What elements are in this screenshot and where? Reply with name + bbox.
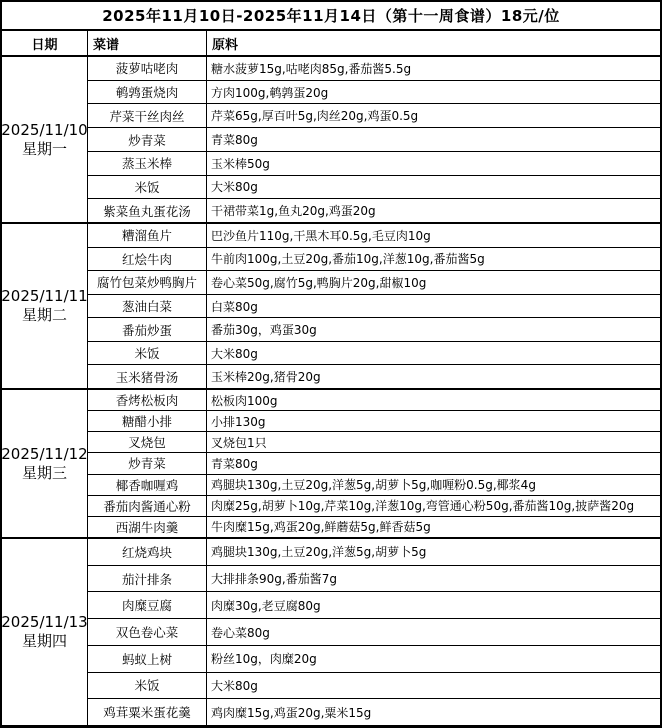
dish-name-cell: 糖醋小排 xyxy=(88,411,207,431)
dish-name-cell: 腐竹包菜炒鸭胸片 xyxy=(88,271,207,294)
table-row: 米饭 大米80g xyxy=(88,176,660,200)
weekday-value: 星期三 xyxy=(22,464,67,483)
dish-name-cell: 叉烧包 xyxy=(88,432,207,452)
column-header-date: 日期 xyxy=(2,31,88,55)
dish-ingredients-cell: 小排130g xyxy=(207,411,660,431)
date-cell: 2025/11/11 星期二 xyxy=(2,224,88,388)
dish-name-cell: 玉米猪骨汤 xyxy=(88,365,207,388)
table-row: 玉米猪骨汤 玉米棒20g,猪骨20g xyxy=(88,365,660,388)
date-value: 2025/11/13 xyxy=(1,613,87,632)
dish-ingredients-cell: 牛前肉100g,土豆20g,番茄10g,洋葱10g,番茄酱5g xyxy=(207,248,660,271)
dish-name-cell: 香烤松板肉 xyxy=(88,390,207,410)
table-row: 米饭 大米80g xyxy=(88,673,660,700)
dish-ingredients-cell: 青菜80g xyxy=(207,453,660,473)
weekly-menu-sheet: 2025年11月10日-2025年11月14日（第十一周食谱）18元/位 日期 … xyxy=(0,0,662,728)
dish-name-cell: 炒青菜 xyxy=(88,128,207,151)
table-row: 炒青菜 青菜80g xyxy=(88,453,660,474)
dish-ingredients-cell: 白菜80g xyxy=(207,295,660,318)
weekday-value: 星期四 xyxy=(22,632,67,651)
dish-name-cell: 炒青菜 xyxy=(88,453,207,473)
table-row: 米饭 大米80g xyxy=(88,342,660,366)
dish-ingredients-cell: 大米80g xyxy=(207,673,660,699)
dish-ingredients-cell: 卷心菜50g,腐竹5g,鸭胸片20g,甜椒10g xyxy=(207,271,660,294)
dish-ingredients-cell: 肉糜30g,老豆腐80g xyxy=(207,592,660,618)
dish-name-cell: 菠萝咕咾肉 xyxy=(88,57,207,80)
table-row: 椰香咖喱鸡 鸡腿块130g,土豆20g,洋葱5g,胡萝卜5g,咖喱粉0.5g,椰… xyxy=(88,475,660,496)
table-row: 芹菜干丝肉丝 芹菜65g,厚百叶5g,肉丝20g,鸡蛋0.5g xyxy=(88,104,660,128)
dish-ingredients-cell: 方肉100g,鹌鹑蛋20g xyxy=(207,81,660,104)
table-row: 糟溜鱼片 巴沙鱼片110g,干黑木耳0.5g,毛豆肉10g xyxy=(88,224,660,248)
column-header-menu: 菜谱 xyxy=(88,31,207,55)
dish-ingredients-cell: 巴沙鱼片110g,干黑木耳0.5g,毛豆肉10g xyxy=(207,224,660,247)
dish-name-cell: 蚂蚁上树 xyxy=(88,646,207,672)
table-row: 炒青菜 青菜80g xyxy=(88,128,660,152)
day-rows: 菠萝咕咾肉 糖水菠萝15g,咕咾肉85g,番茄酱5.5g 鹌鹑蛋烧肉 方肉100… xyxy=(88,57,660,222)
table-row: 腐竹包菜炒鸭胸片 卷心菜50g,腐竹5g,鸭胸片20g,甜椒10g xyxy=(88,271,660,295)
dish-ingredients-cell: 大米80g xyxy=(207,176,660,199)
day-group: 2025/11/12 星期三 香烤松板肉 松板肉100g 糖醋小排 小排130g… xyxy=(2,390,660,539)
weekday-value: 星期二 xyxy=(22,306,67,325)
day-group: 2025/11/13 星期四 红烧鸡块 鸡腿块130g,土豆20g,洋葱5g,胡… xyxy=(2,539,660,725)
dish-name-cell: 葱油白菜 xyxy=(88,295,207,318)
dish-name-cell: 肉糜豆腐 xyxy=(88,592,207,618)
table-row: 蚂蚁上树 粉丝10g，肉糜20g xyxy=(88,646,660,673)
dish-ingredients-cell: 大米80g xyxy=(207,342,660,365)
day-group: 2025/11/10 星期一 菠萝咕咾肉 糖水菠萝15g,咕咾肉85g,番茄酱5… xyxy=(2,57,660,224)
table-row: 糖醋小排 小排130g xyxy=(88,411,660,432)
dish-ingredients-cell: 肉糜25g,胡萝卜10g,芹菜10g,洋葱10g,弯管通心粉50g,番茄酱10g… xyxy=(207,496,660,516)
dish-name-cell: 紫菜鱼丸蛋花汤 xyxy=(88,199,207,222)
title-row: 2025年11月10日-2025年11月14日（第十一周食谱）18元/位 xyxy=(2,2,660,31)
dish-ingredients-cell: 鸡腿块130g,土豆20g,洋葱5g,胡萝卜5g,咖喱粉0.5g,椰浆4g xyxy=(207,475,660,495)
dish-name-cell: 椰香咖喱鸡 xyxy=(88,475,207,495)
table-row: 双色卷心菜 卷心菜80g xyxy=(88,619,660,646)
dish-ingredients-cell: 牛肉糜15g,鸡蛋20g,鲜蘑菇5g,鲜香菇5g xyxy=(207,517,660,537)
dish-ingredients-cell: 番茄30g，鸡蛋30g xyxy=(207,318,660,341)
dish-name-cell: 鹌鹑蛋烧肉 xyxy=(88,81,207,104)
dish-name-cell: 红烩牛肉 xyxy=(88,248,207,271)
table-body: 2025/11/10 星期一 菠萝咕咾肉 糖水菠萝15g,咕咾肉85g,番茄酱5… xyxy=(2,57,660,725)
dish-ingredients-cell: 松板肉100g xyxy=(207,390,660,410)
dish-name-cell: 米饭 xyxy=(88,342,207,365)
weekday-value: 星期一 xyxy=(22,140,67,159)
table-row: 蒸玉米棒 玉米棒50g xyxy=(88,152,660,176)
dish-name-cell: 鸡茸粟米蛋花羹 xyxy=(88,699,207,725)
sheet-title: 2025年11月10日-2025年11月14日（第十一周食谱）18元/位 xyxy=(102,5,560,26)
dish-ingredients-cell: 鸡肉糜15g,鸡蛋20g,粟米15g xyxy=(207,699,660,725)
dish-name-cell: 蒸玉米棒 xyxy=(88,152,207,175)
date-cell: 2025/11/10 星期一 xyxy=(2,57,88,222)
dish-ingredients-cell: 芹菜65g,厚百叶5g,肉丝20g,鸡蛋0.5g xyxy=(207,104,660,127)
dish-ingredients-cell: 鸡腿块130g,土豆20g,洋葱5g,胡萝卜5g xyxy=(207,539,660,565)
dish-name-cell: 红烧鸡块 xyxy=(88,539,207,565)
date-cell: 2025/11/12 星期三 xyxy=(2,390,88,537)
dish-name-cell: 芹菜干丝肉丝 xyxy=(88,104,207,127)
dish-ingredients-cell: 玉米棒20g,猪骨20g xyxy=(207,365,660,388)
dish-name-cell: 茄汁排条 xyxy=(88,566,207,592)
table-row: 番茄肉酱通心粉 肉糜25g,胡萝卜10g,芹菜10g,洋葱10g,弯管通心粉50… xyxy=(88,496,660,517)
dish-ingredients-cell: 玉米棒50g xyxy=(207,152,660,175)
dish-ingredients-cell: 大排排条90g,番茄酱7g xyxy=(207,566,660,592)
dish-name-cell: 西湖牛肉羹 xyxy=(88,517,207,537)
table-row: 红烩牛肉 牛前肉100g,土豆20g,番茄10g,洋葱10g,番茄酱5g xyxy=(88,248,660,272)
dish-name-cell: 番茄炒蛋 xyxy=(88,318,207,341)
table-row: 紫菜鱼丸蛋花汤 干裙带菜1g,鱼丸20g,鸡蛋20g xyxy=(88,199,660,222)
day-group: 2025/11/11 星期二 糟溜鱼片 巴沙鱼片110g,干黑木耳0.5g,毛豆… xyxy=(2,224,660,390)
table-row: 番茄炒蛋 番茄30g，鸡蛋30g xyxy=(88,318,660,342)
day-rows: 糟溜鱼片 巴沙鱼片110g,干黑木耳0.5g,毛豆肉10g 红烩牛肉 牛前肉10… xyxy=(88,224,660,388)
table-row: 叉烧包 叉烧包1只 xyxy=(88,432,660,453)
table-row: 肉糜豆腐 肉糜30g,老豆腐80g xyxy=(88,592,660,619)
dish-name-cell: 双色卷心菜 xyxy=(88,619,207,645)
dish-ingredients-cell: 粉丝10g，肉糜20g xyxy=(207,646,660,672)
table-row: 香烤松板肉 松板肉100g xyxy=(88,390,660,411)
day-rows: 香烤松板肉 松板肉100g 糖醋小排 小排130g 叉烧包 叉烧包1只 炒青菜 … xyxy=(88,390,660,537)
column-header-row: 日期 菜谱 原料 xyxy=(2,31,660,57)
table-row: 鸡茸粟米蛋花羹 鸡肉糜15g,鸡蛋20g,粟米15g xyxy=(88,699,660,725)
table-row: 茄汁排条 大排排条90g,番茄酱7g xyxy=(88,566,660,593)
dish-ingredients-cell: 干裙带菜1g,鱼丸20g,鸡蛋20g xyxy=(207,199,660,222)
dish-name-cell: 米饭 xyxy=(88,176,207,199)
table-row: 鹌鹑蛋烧肉 方肉100g,鹌鹑蛋20g xyxy=(88,81,660,105)
dish-ingredients-cell: 卷心菜80g xyxy=(207,619,660,645)
dish-name-cell: 番茄肉酱通心粉 xyxy=(88,496,207,516)
table-row: 红烧鸡块 鸡腿块130g,土豆20g,洋葱5g,胡萝卜5g xyxy=(88,539,660,566)
dish-ingredients-cell: 糖水菠萝15g,咕咾肉85g,番茄酱5.5g xyxy=(207,57,660,80)
date-value: 2025/11/10 xyxy=(1,121,87,140)
table-row: 菠萝咕咾肉 糖水菠萝15g,咕咾肉85g,番茄酱5.5g xyxy=(88,57,660,81)
dish-ingredients-cell: 叉烧包1只 xyxy=(207,432,660,452)
date-value: 2025/11/11 xyxy=(1,287,87,306)
dish-ingredients-cell: 青菜80g xyxy=(207,128,660,151)
table-row: 西湖牛肉羹 牛肉糜15g,鸡蛋20g,鲜蘑菇5g,鲜香菇5g xyxy=(88,517,660,537)
table-row: 葱油白菜 白菜80g xyxy=(88,295,660,319)
day-rows: 红烧鸡块 鸡腿块130g,土豆20g,洋葱5g,胡萝卜5g 茄汁排条 大排排条9… xyxy=(88,539,660,725)
dish-name-cell: 米饭 xyxy=(88,673,207,699)
column-header-ingredients: 原料 xyxy=(207,31,660,55)
date-value: 2025/11/12 xyxy=(1,445,87,464)
date-cell: 2025/11/13 星期四 xyxy=(2,539,88,725)
dish-name-cell: 糟溜鱼片 xyxy=(88,224,207,247)
